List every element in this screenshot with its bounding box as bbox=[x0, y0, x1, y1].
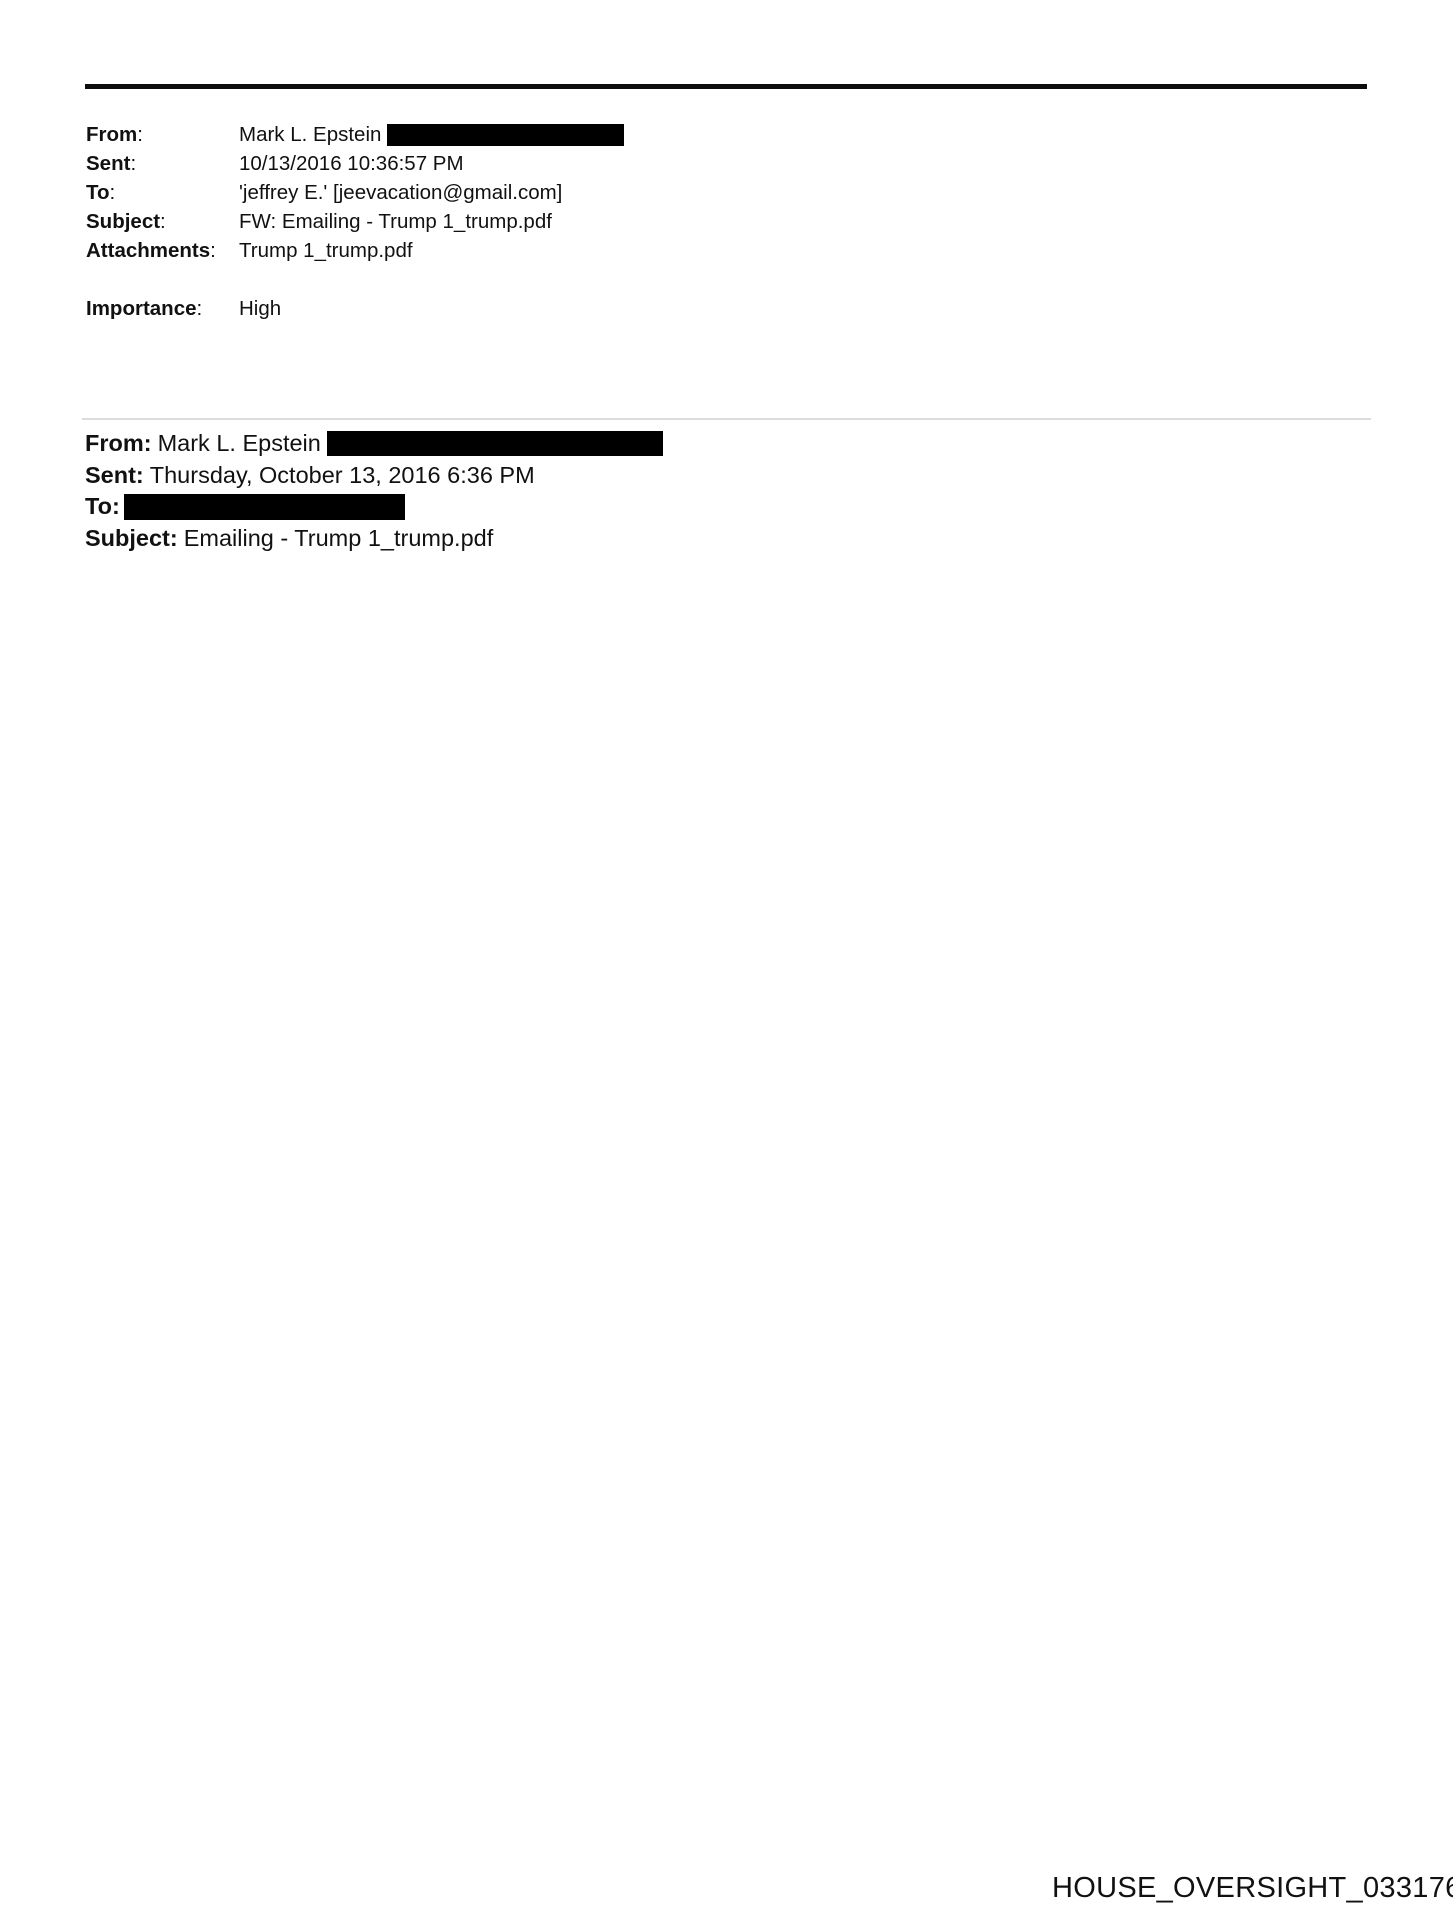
fwd-from-value: Mark L. Epstein bbox=[158, 428, 321, 460]
attachments-label: Attachments: bbox=[86, 236, 216, 265]
from-value: Mark L. Epstein bbox=[239, 120, 624, 149]
fwd-row-subject: Subject: Emailing - Trump 1_trump.pdf bbox=[85, 523, 663, 555]
to-value: 'jeffrey E.' [jeevacation@gmail.com] bbox=[239, 178, 562, 207]
subject-value: FW: Emailing - Trump 1_trump.pdf bbox=[239, 207, 552, 236]
subject-label: Subject: bbox=[86, 207, 166, 236]
fwd-from-label: From: bbox=[85, 428, 152, 460]
fwd-subject-label: Subject: bbox=[85, 523, 178, 555]
from-label: From: bbox=[86, 120, 143, 149]
fwd-to-label: To: bbox=[85, 491, 120, 523]
attachment-filename[interactable]: Trump 1_trump.pdf bbox=[239, 236, 413, 265]
importance-value: High bbox=[239, 294, 281, 323]
redaction-box bbox=[124, 494, 405, 520]
fwd-row-to: To: bbox=[85, 491, 663, 523]
fwd-row-from: From: Mark L. Epstein bbox=[85, 428, 663, 460]
bates-number: HOUSE_OVERSIGHT_033176 bbox=[1052, 1872, 1453, 1905]
to-label: To: bbox=[86, 178, 115, 207]
fwd-subject-value: Emailing - Trump 1_trump.pdf bbox=[184, 523, 494, 555]
redaction-box bbox=[327, 431, 663, 456]
fwd-sent-value: Thursday, October 13, 2016 6:36 PM bbox=[150, 460, 535, 492]
fwd-sent-label: Sent: bbox=[85, 460, 144, 492]
sent-value: 10/13/2016 10:36:57 PM bbox=[239, 149, 464, 178]
forwarded-email-header: From: Mark L. Epstein Sent: Thursday, Oc… bbox=[85, 428, 663, 554]
redaction-box bbox=[387, 124, 624, 146]
fwd-row-sent: Sent: Thursday, October 13, 2016 6:36 PM bbox=[85, 460, 663, 492]
forward-separator bbox=[82, 418, 1371, 420]
header-divider-thick bbox=[85, 84, 1367, 89]
sent-label: Sent: bbox=[86, 149, 136, 178]
importance-label: Importance: bbox=[86, 294, 202, 323]
